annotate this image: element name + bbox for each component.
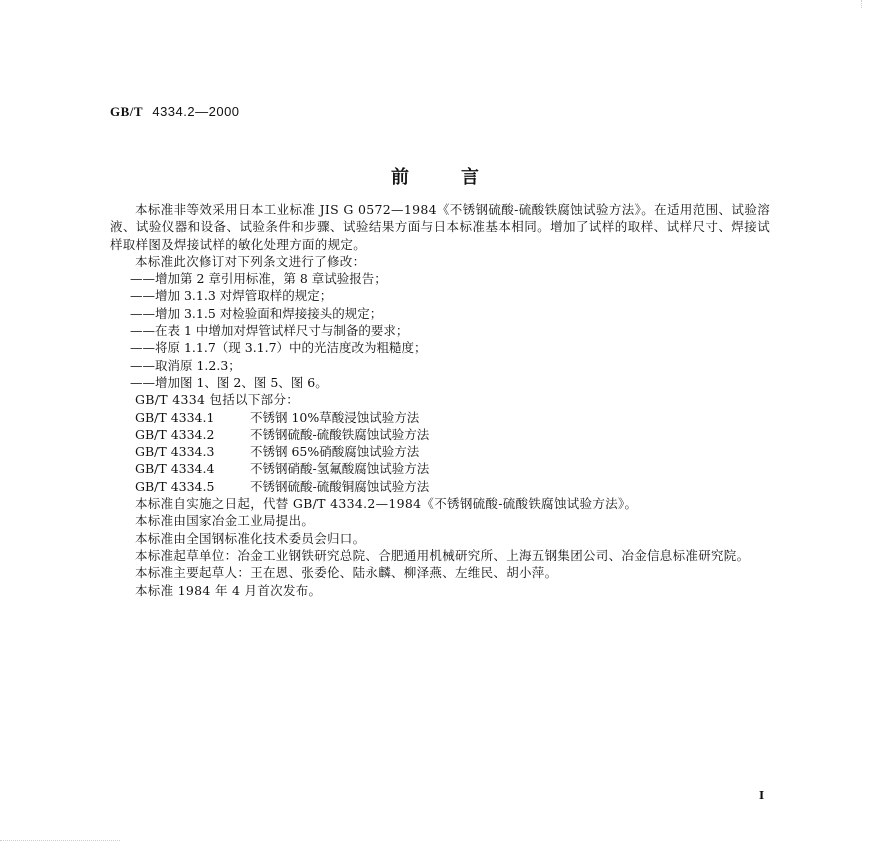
closing-paragraph: 本标准自实施之日起，代替 GB/T 4334.2—1984《不锈钢硫酸-硫酸铁腐…	[110, 495, 770, 512]
part-item: GB/T 4334.3不锈钢 65%硝酸腐蚀试验方法	[110, 443, 770, 460]
parts-lead: GB/T 4334 包括以下部分：	[110, 391, 770, 408]
scan-artifact	[861, 0, 870, 8]
foreword-body: 本标准非等效采用日本工业标准 JIS G 0572—1984《不锈钢硫酸-硫酸铁…	[110, 201, 770, 599]
part-item: GB/T 4334.5不锈钢硫酸-硫酸铜腐蚀试验方法	[110, 478, 770, 495]
part-item: GB/T 4334.4不锈钢硝酸-氢氟酸腐蚀试验方法	[110, 460, 770, 477]
part-code: GB/T 4334.1	[135, 409, 250, 426]
part-code: GB/T 4334.3	[135, 443, 250, 460]
part-name: 不锈钢 10%草酸浸蚀试验方法	[250, 410, 419, 425]
page-title: 前言	[0, 163, 870, 189]
intro-paragraph: 本标准非等效采用日本工业标准 JIS G 0572—1984《不锈钢硫酸-硫酸铁…	[110, 201, 770, 253]
part-name: 不锈钢硫酸-硫酸铜腐蚀试验方法	[250, 479, 429, 494]
revision-item: ——增加 3.1.5 对检验面和焊接接头的规定；	[110, 305, 770, 322]
part-code: GB/T 4334.4	[135, 460, 250, 477]
part-item: GB/T 4334.1不锈钢 10%草酸浸蚀试验方法	[110, 409, 770, 426]
closing-paragraph: 本标准主要起草人：王在恩、张委伦、陆永麟、柳泽燕、左维民、胡小萍。	[110, 564, 770, 581]
part-code: GB/T 4334.2	[135, 426, 250, 443]
closing-paragraph: 本标准起草单位：冶金工业钢铁研究总院、合肥通用机械研究所、上海五钢集团公司、冶金…	[110, 547, 770, 564]
revision-lead: 本标准此次修订对下列条文进行了修改：	[110, 253, 770, 270]
part-name: 不锈钢 65%硝酸腐蚀试验方法	[250, 444, 419, 459]
standard-prefix: GB/T	[110, 104, 143, 119]
scan-artifact	[0, 830, 120, 841]
revision-item: ——增加图 1、图 2、图 5、图 6。	[110, 374, 770, 391]
revision-item: ——增加 3.1.3 对焊管取样的规定；	[110, 287, 770, 304]
revision-item: ——在表 1 中增加对焊管试样尺寸与制备的要求；	[110, 322, 770, 339]
standard-number: 4334.2—2000	[152, 104, 239, 119]
closing-paragraph: 本标准由国家冶金工业局提出。	[110, 512, 770, 529]
revision-item: ——取消原 1.2.3；	[110, 357, 770, 374]
part-code: GB/T 4334.5	[135, 478, 250, 495]
part-name: 不锈钢硝酸-氢氟酸腐蚀试验方法	[250, 461, 429, 476]
closing-paragraph: 本标准由全国钢标准化技术委员会归口。	[110, 530, 770, 547]
standard-code: GB/T 4334.2—2000	[110, 104, 240, 120]
revision-item: ——增加第 2 章引用标准，第 8 章试验报告；	[110, 270, 770, 287]
page-number: I	[759, 789, 764, 802]
part-item: GB/T 4334.2不锈钢硫酸-硫酸铁腐蚀试验方法	[110, 426, 770, 443]
closing-paragraph: 本标准 1984 年 4 月首次发布。	[110, 582, 770, 599]
part-name: 不锈钢硫酸-硫酸铁腐蚀试验方法	[250, 427, 429, 442]
revision-item: ——将原 1.1.7（现 3.1.7）中的光洁度改为粗糙度；	[110, 339, 770, 356]
